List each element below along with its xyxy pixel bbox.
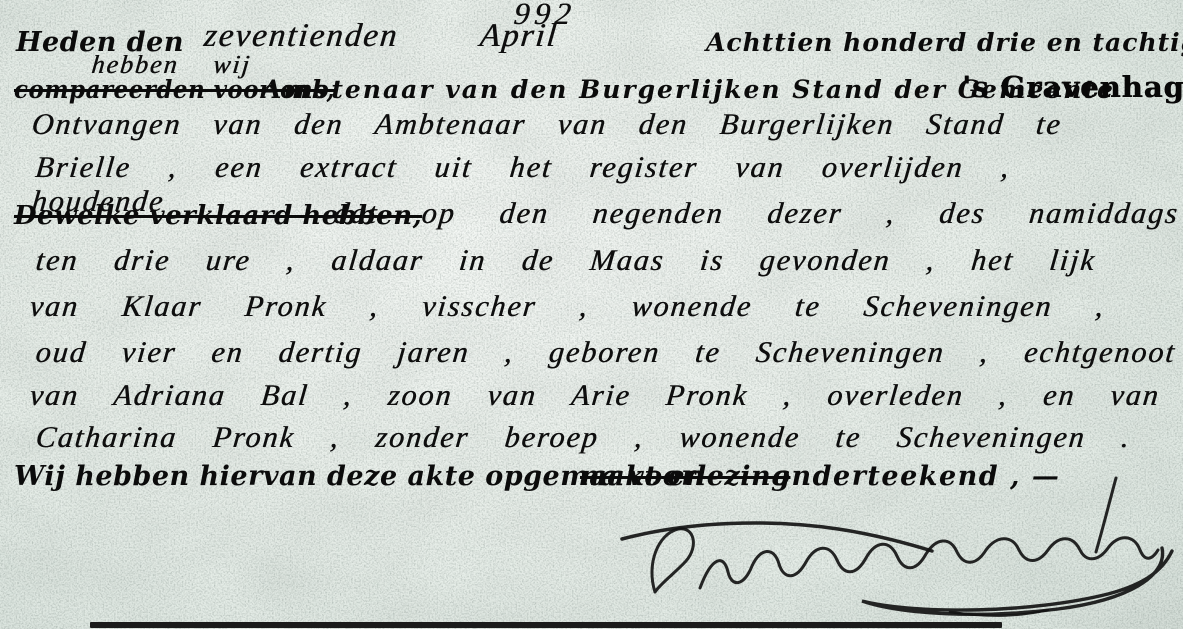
signature-strokes <box>622 478 1172 616</box>
handwritten-line-adriana-bal: van Adriana Bal , zoon van Arie Pronk , … <box>28 379 1162 413</box>
handwritten-line-dat-op-den: dat op den negenden dezer , des namiddag… <box>332 197 1181 231</box>
printed-closing-b: onderteekend , — <box>772 461 1060 492</box>
handwritten-line-ten-drie-ure: ten drie ure , aldaar in de Maas is gevo… <box>34 244 1098 278</box>
handwritten-line-oud-vier-en-dertig: oud vier en dertig jaren , geboren te Sc… <box>34 336 1178 370</box>
handwritten-date: zeventienden April <box>202 18 560 55</box>
printed-year: Achttien honderd drie en tachtig , <box>706 28 1183 57</box>
handwritten-line-catharina-pronk: Catharina Pronk , zonder beroep , wonend… <box>34 421 1133 455</box>
scan-edge-artifact-bar <box>90 622 1002 628</box>
struck-printed-na-voorlezing: na voorlezing <box>580 461 791 492</box>
handwritten-line-klaar-pronk: van Klaar Pronk , visscher , wonende te … <box>28 290 1107 324</box>
death-certificate-scan: 992 Heden den zeventienden April Achttie… <box>0 0 1183 629</box>
handwritten-line-ontvangen: Ontvangen van den Ambtenaar van den Burg… <box>30 108 1064 142</box>
municipality-name-blackletter: 's Gravenhage, <box>962 70 1183 104</box>
